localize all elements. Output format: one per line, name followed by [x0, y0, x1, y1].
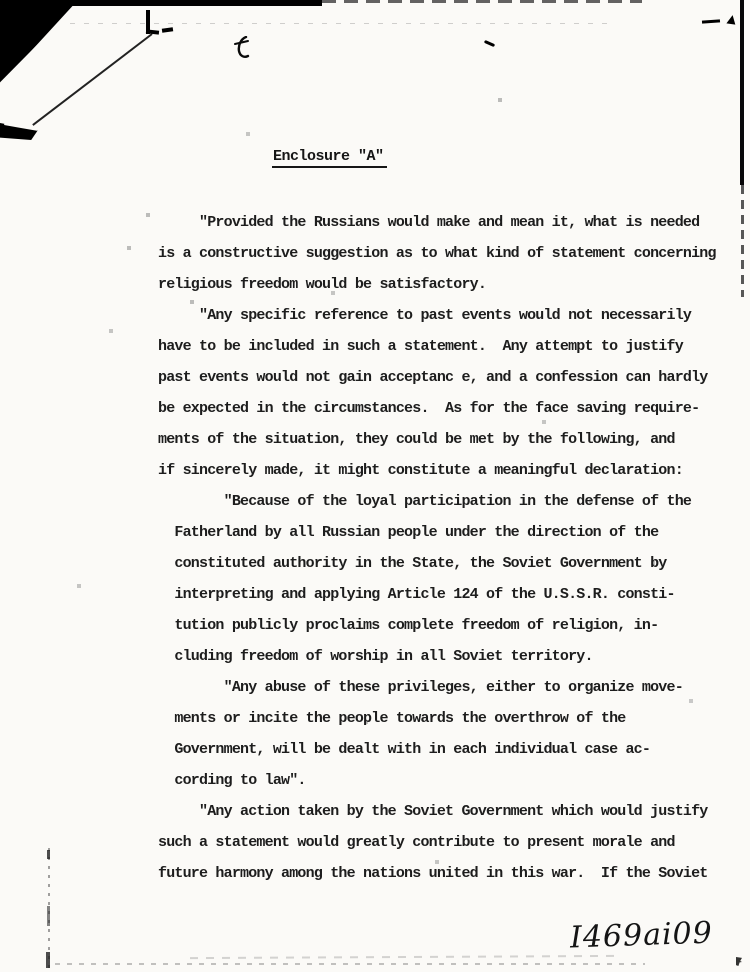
staple-mark-dash: [162, 27, 173, 32]
document-line: future harmony among the nations united …: [158, 858, 716, 889]
scan-edge-bottom-dotted: [190, 955, 620, 959]
paper-crease-line: [32, 33, 152, 126]
scan-edge-bottom-dotted: [55, 963, 645, 965]
scan-edge-right: [740, 0, 744, 185]
document-body: "Provided the Russians would make and me…: [158, 207, 716, 889]
document-line: if sincerely made, it might constitute a…: [158, 455, 716, 486]
pen-tick-mark: [484, 40, 495, 47]
scan-edge-top-faint: [322, 0, 642, 3]
document-line: "Because of the loyal participation in t…: [158, 486, 716, 517]
document-line: constituted authority in the State, the …: [158, 548, 716, 579]
top-right-dash-mark: [702, 19, 720, 23]
document-line: ments or incite the people towards the o…: [158, 703, 716, 734]
scan-edge-right-faded: [741, 185, 744, 297]
document-line: Fatherland by all Russian people under t…: [158, 517, 716, 548]
document-line: "Any specific reference to past events w…: [158, 300, 716, 331]
scanned-document-page: Enclosure "A" "Provided the Russians wou…: [0, 0, 750, 972]
document-line: is a constructive suggestion as to what …: [158, 238, 716, 269]
bottom-right-mark: [736, 957, 742, 966]
document-line: such a statement would greatly contribut…: [158, 827, 716, 858]
document-line: have to be included in such a statement.…: [158, 331, 716, 362]
document-line: be expected in the circumstances. As for…: [158, 393, 716, 424]
document-line: tution publicly proclaims complete freed…: [158, 610, 716, 641]
document-line: ments of the situation, they could be me…: [158, 424, 716, 455]
top-right-arrow-mark: [726, 14, 736, 24]
document-line: "Provided the Russians would make and me…: [158, 207, 716, 238]
scan-edge-dotted-line: [70, 23, 615, 24]
document-line: interpreting and applying Article 124 of…: [158, 579, 716, 610]
enclosure-heading: Enclosure "A": [272, 148, 387, 168]
scan-noise-specks: [0, 0, 2, 2]
left-edge-tick: [46, 952, 50, 968]
document-line: "Any abuse of these privileges, either t…: [158, 672, 716, 703]
left-edge-tick: [47, 906, 50, 926]
handwritten-id: I469ai09: [569, 916, 713, 956]
document-line: cording to law".: [158, 765, 716, 796]
document-line: past events would not gain acceptanc e, …: [158, 362, 716, 393]
document-line: religious freedom would be satisfactory.: [158, 269, 716, 300]
document-line: Government, will be dealt with in each i…: [158, 734, 716, 765]
pen-mark-t: [233, 36, 251, 59]
left-edge-tick: [47, 850, 50, 859]
document-line: cluding freedom of worship in all Soviet…: [158, 641, 716, 672]
document-line: "Any action taken by the Soviet Governme…: [158, 796, 716, 827]
